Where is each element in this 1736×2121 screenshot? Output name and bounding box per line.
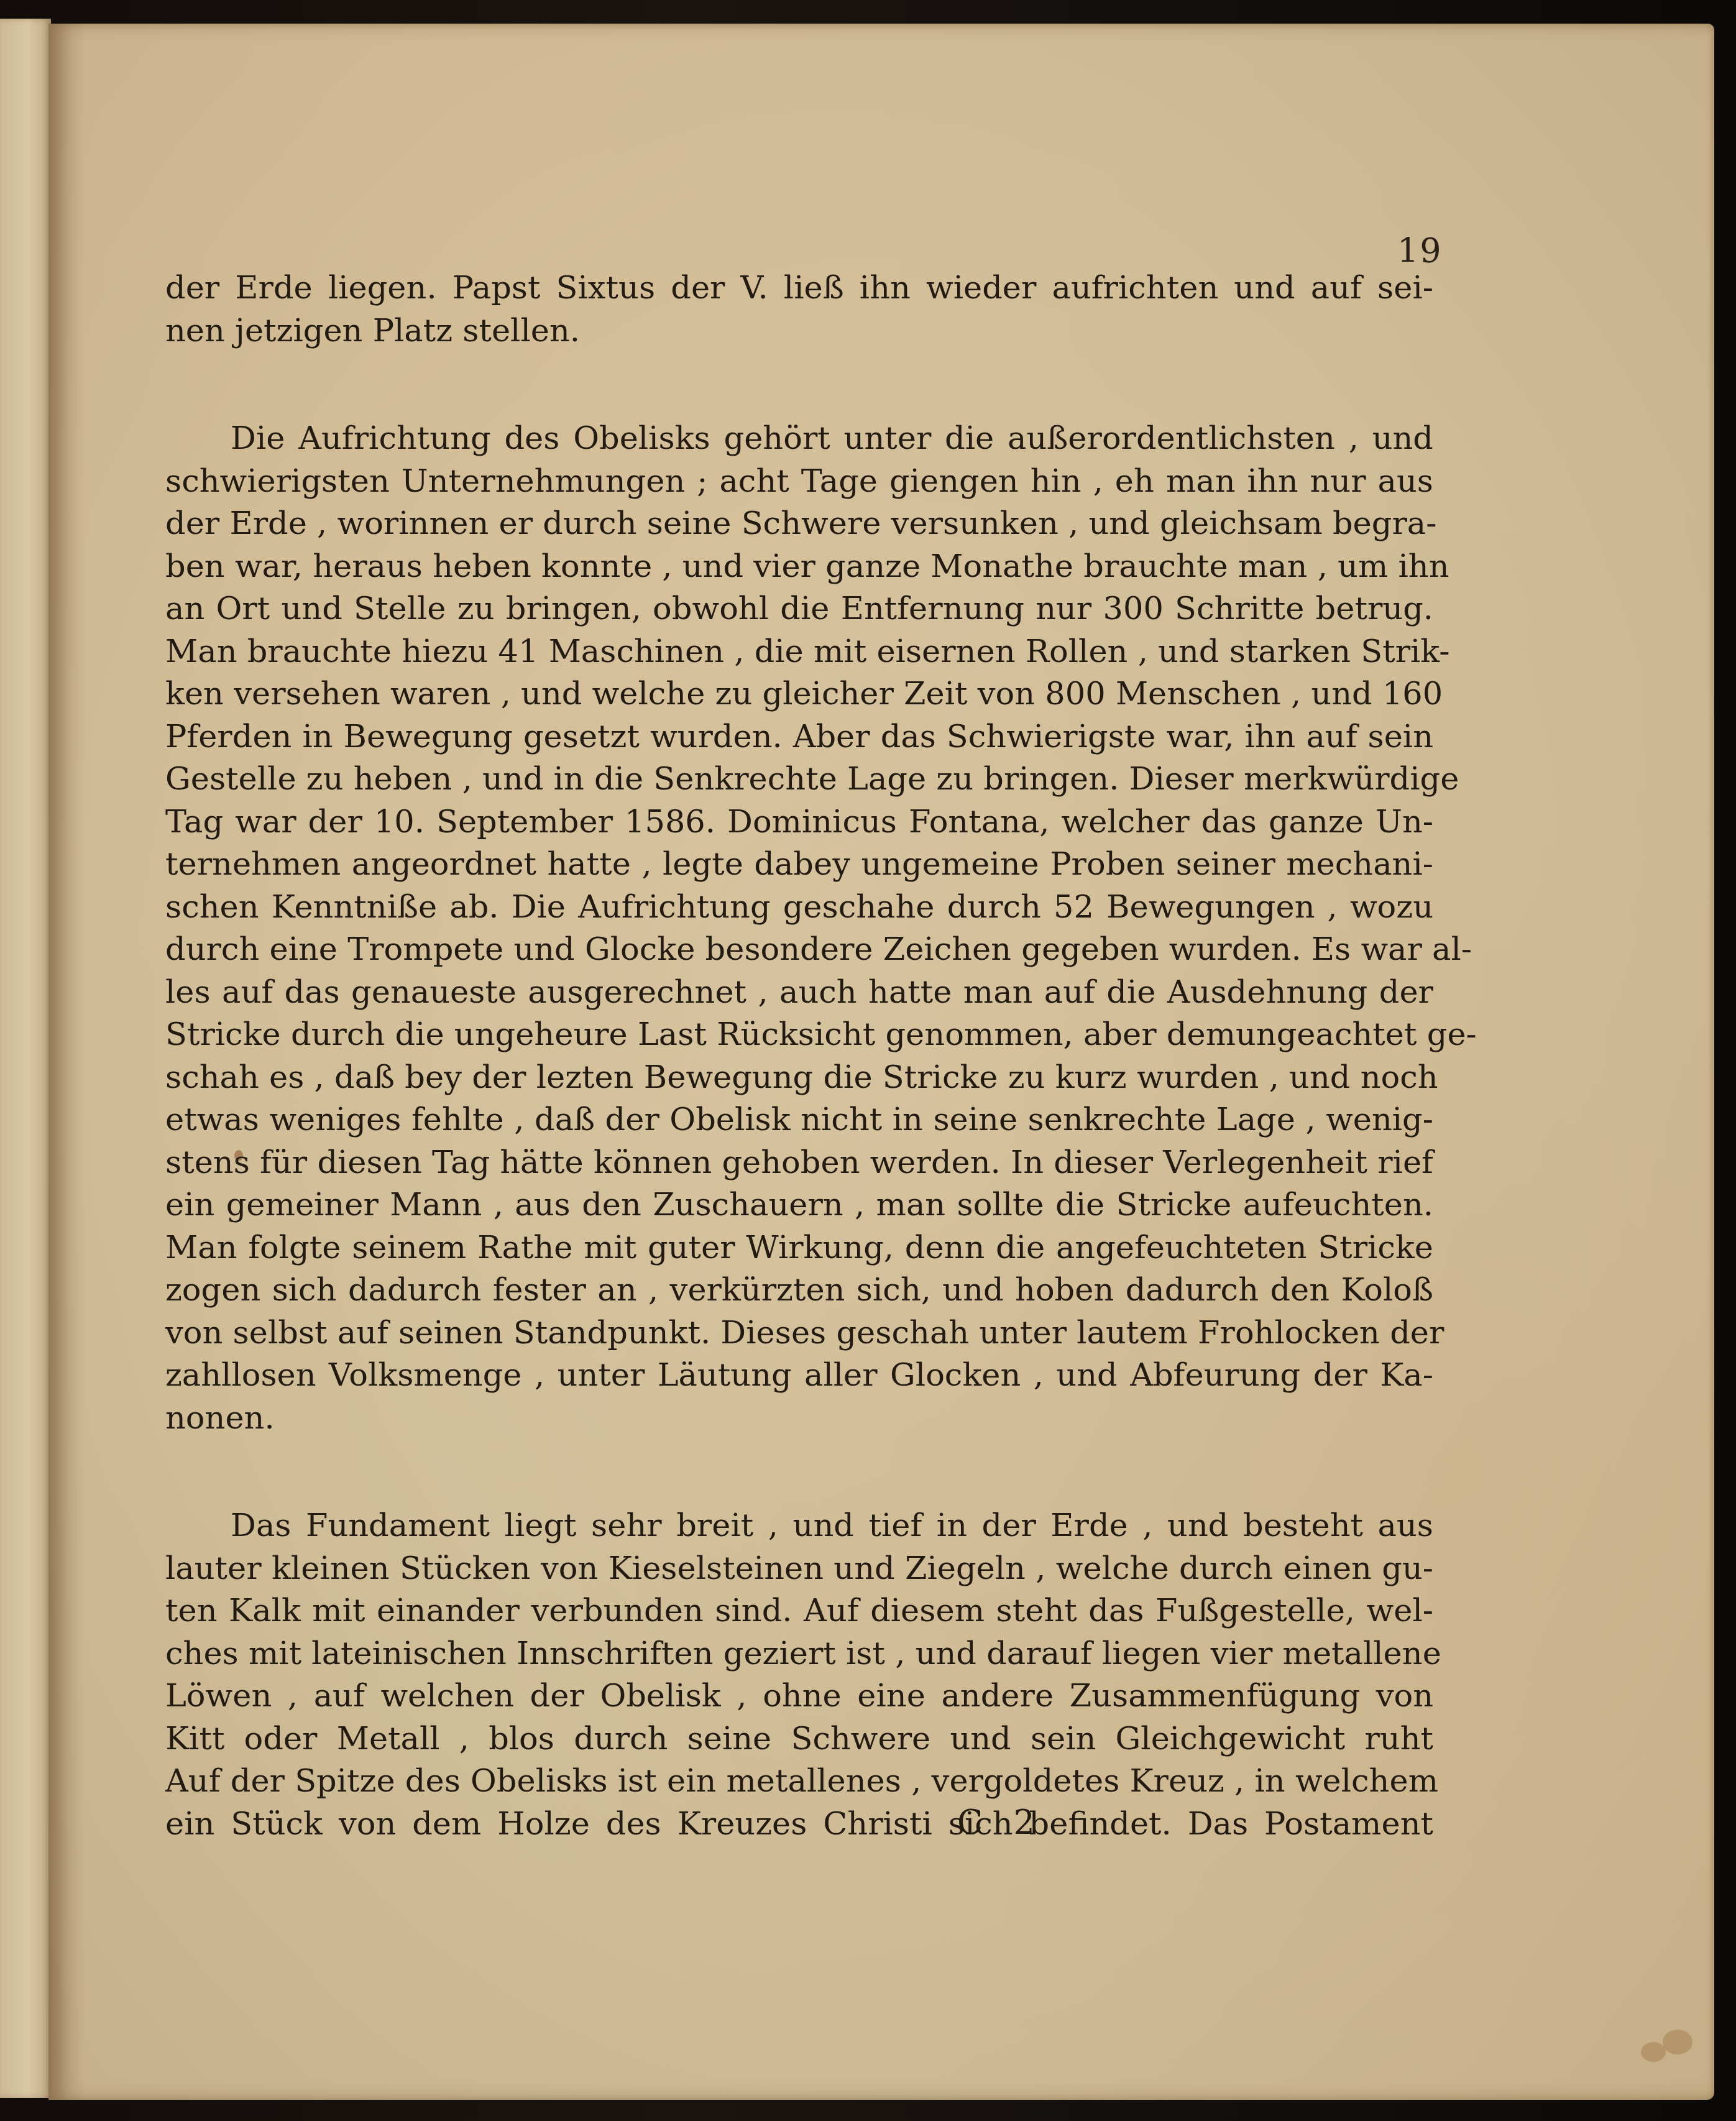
text-line: Kitt oder Metall , blos durch seine Schw… xyxy=(165,1718,1433,1761)
text-line: ten Kalk mit einander verbunden sind. Au… xyxy=(165,1590,1433,1633)
text-line: stens für diesen Tag hätte können gehobe… xyxy=(165,1142,1433,1185)
paragraph: der Erde liegen. Papst Sixtus der V. lie… xyxy=(165,267,1433,352)
paragraph-spacer xyxy=(165,352,1433,418)
text-line: Gestelle zu heben , und in die Senkrecht… xyxy=(165,758,1433,801)
text-line: der Erde , worinnen er durch seine Schwe… xyxy=(165,503,1433,546)
foxing-stain xyxy=(1663,2030,1692,2054)
text-line: lauter kleinen Stücken von Kieselsteinen… xyxy=(165,1548,1433,1591)
text-line: ben war, heraus heben konnte , und vier … xyxy=(165,546,1433,589)
page-number: 19 xyxy=(1397,231,1443,270)
text-line: von selbst auf seinen Standpunkt. Dieses… xyxy=(165,1312,1433,1355)
text-line: zahllosen Volksmenge , unter Läutung all… xyxy=(165,1355,1433,1397)
paragraph-spacer xyxy=(165,1440,1433,1505)
body-text: der Erde liegen. Papst Sixtus der V. lie… xyxy=(165,267,1433,1846)
text-line: ches mit lateinischen Innschriften gezie… xyxy=(165,1633,1433,1676)
text-line: schah es , daß bey der lezten Bewegung d… xyxy=(165,1057,1433,1100)
paragraph: Die Aufrichtung des Obelisks gehört unte… xyxy=(165,418,1433,1440)
paragraph: Das Fundament liegt sehr breit , und tie… xyxy=(165,1505,1433,1846)
text-line: schwierigsten Unternehmungen ; acht Tage… xyxy=(165,461,1433,504)
text-line: Das Fundament liegt sehr breit , und tie… xyxy=(165,1505,1433,1548)
text-line: Pferden in Bewegung gesetzt wurden. Aber… xyxy=(165,716,1433,759)
text-line: durch eine Trompete und Glocke besondere… xyxy=(165,929,1433,972)
gutter-shadow xyxy=(48,24,86,2100)
text-line: Löwen , auf welchen der Obelisk , ohne e… xyxy=(165,1675,1433,1718)
text-line: Man brauchte hiezu 41 Maschinen , die mi… xyxy=(165,631,1433,674)
text-line: zogen sich dadurch fester an , verkürzte… xyxy=(165,1269,1433,1312)
text-line: Stricke durch die ungeheure Last Rücksic… xyxy=(165,1014,1433,1057)
text-line: les auf das genaueste ausgerechnet , auc… xyxy=(165,972,1433,1014)
text-line: schen Kenntniße ab. Die Aufrichtung gesc… xyxy=(165,886,1433,929)
text-line: ken versehen waren , und welche zu gleic… xyxy=(165,673,1433,716)
text-line: ein Stück von dem Holze des Kreuzes Chri… xyxy=(165,1803,1433,1846)
text-line: ein gemeiner Mann , aus den Zuschauern ,… xyxy=(165,1184,1433,1227)
text-line: Tag war der 10. September 1586. Dominicu… xyxy=(165,801,1433,844)
text-line: etwas weniges fehlte , daß der Obelisk n… xyxy=(165,1099,1433,1142)
text-line: Die Aufrichtung des Obelisks gehört unte… xyxy=(165,418,1433,461)
signature-mark: C 2 xyxy=(957,1803,1045,1842)
text-line: Man folgte seinem Rathe mit guter Wirkun… xyxy=(165,1227,1433,1270)
text-line: ternehmen angeordnet hatte , legte dabey… xyxy=(165,844,1433,886)
text-line: nen jetzigen Platz stellen. xyxy=(165,310,1433,353)
text-line: Auf der Spitze des Obelisks ist ein meta… xyxy=(165,1760,1433,1803)
facing-page-edge xyxy=(0,19,51,2098)
text-line: nonen. xyxy=(165,1397,1433,1440)
foxing-stain xyxy=(1641,2042,1666,2062)
text-line: der Erde liegen. Papst Sixtus der V. lie… xyxy=(165,267,1433,310)
text-line: an Ort und Stelle zu bringen, obwohl die… xyxy=(165,588,1433,631)
